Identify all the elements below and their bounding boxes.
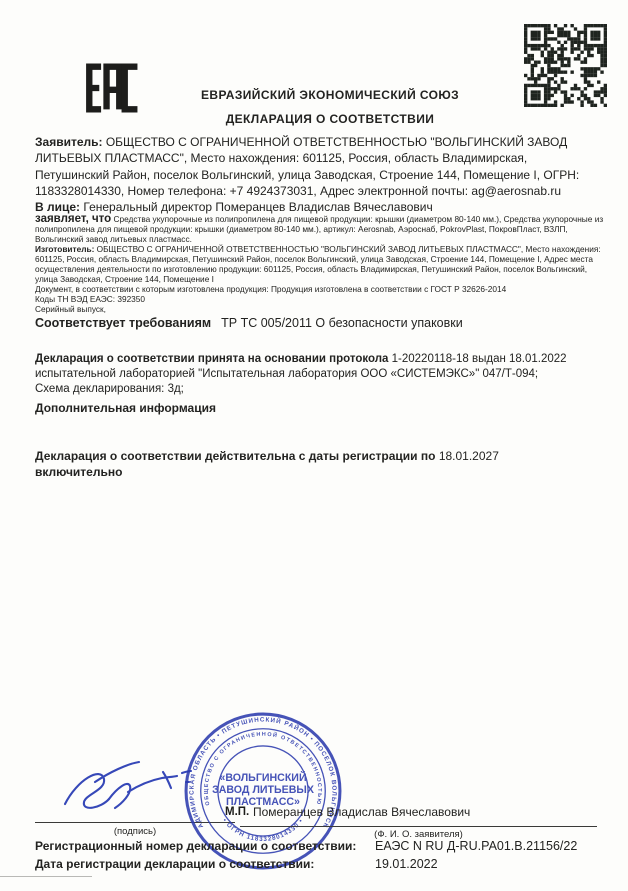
product-paragraph: заявляет, что Средства укупорочные из по… (35, 214, 610, 244)
basis-section: Декларация о соответствии принята на осн… (35, 352, 612, 397)
manufacturer-paragraph: Изготовитель: ОБЩЕСТВО С ОГРАНИЧЕННОЙ ОТ… (35, 244, 610, 284)
scheme-line: Схема декларирования: 3д; (35, 382, 612, 397)
tnved-line: Коды ТН ВЭД ЕАЭС: 392350 (35, 294, 610, 304)
compliance-value: ТР ТС 005/2011 О безопасности упаковки (221, 316, 463, 330)
validity-suffix: включительно (35, 465, 610, 481)
compliance-section: Соответствует требованиямТР ТС 005/2011 … (35, 316, 610, 330)
registration-date-value: 19.01.2022 (375, 857, 625, 871)
validity-label: Декларация о соответствии действительна … (35, 449, 435, 463)
registration-date-label: Дата регистрации декларации о соответств… (35, 857, 375, 871)
validity-section: Декларация о соответствии действительна … (35, 449, 610, 480)
stamp-center-line1: «ВОЛЬГИНСКИЙ (219, 771, 306, 784)
compliance-label: Соответствует требованиям (35, 316, 211, 330)
serial-line: Серийный выпуск, (35, 304, 610, 314)
manufacturer-label: Изготовитель: (35, 244, 94, 254)
union-title: ЕВРАЗИЙСКИЙ ЭКОНОМИЧЕСКИЙ СОЮЗ (35, 88, 625, 102)
registration-number-value: ЕАЭС N RU Д-RU.РА01.В.21156/22 (375, 839, 625, 853)
applicant-paragraph: Заявитель: ОБЩЕСТВО С ОГРАНИЧЕННОЙ ОТВЕТ… (35, 134, 597, 199)
applicant-section: Заявитель: ОБЩЕСТВО С ОГРАНИЧЕННОЙ ОТВЕТ… (35, 134, 597, 215)
declaration-document-page: ЕВРАЗИЙСКИЙ ЭКОНОМИЧЕСКИЙ СОЮЗ ДЕКЛАРАЦИ… (0, 0, 628, 891)
document-title: ДЕКЛАРАЦИЯ О СООТВЕТСТВИИ (35, 112, 625, 126)
applicant-name-line (240, 826, 597, 827)
person-text: Генеральный директор Померанцев Владисла… (80, 200, 433, 214)
product-section: заявляет, что Средства укупорочные из по… (35, 214, 610, 314)
applicant-label: Заявитель: (35, 135, 103, 149)
scan-artifact-line (0, 876, 92, 877)
basis-label: Декларация о соответствии принята на осн… (35, 353, 388, 365)
applicant-name: Померанцев Владислав Вячеславович (253, 805, 470, 819)
stamp-center-line2: ЗАВОД ЛИТЬЕВЫХ (212, 784, 314, 796)
registration-number-label: Регистрационный номер декларации о соотв… (35, 839, 375, 853)
additional-info-label: Дополнительная информация (35, 401, 435, 415)
validity-date: 18.01.2027 (435, 449, 498, 463)
manufacturer-text: ОБЩЕСТВО С ОГРАНИЧЕННОЙ ОТВЕТСТВЕННОСТЬЮ… (35, 244, 601, 284)
applicant-text: ОБЩЕСТВО С ОГРАНИЧЕННОЙ ОТВЕТСТВЕННОСТЬЮ… (35, 135, 579, 198)
product-text: Средства укупорочные из полипропилена дл… (35, 214, 603, 244)
document-basis-line: Документ, в соответствии с которым изгот… (35, 284, 610, 294)
